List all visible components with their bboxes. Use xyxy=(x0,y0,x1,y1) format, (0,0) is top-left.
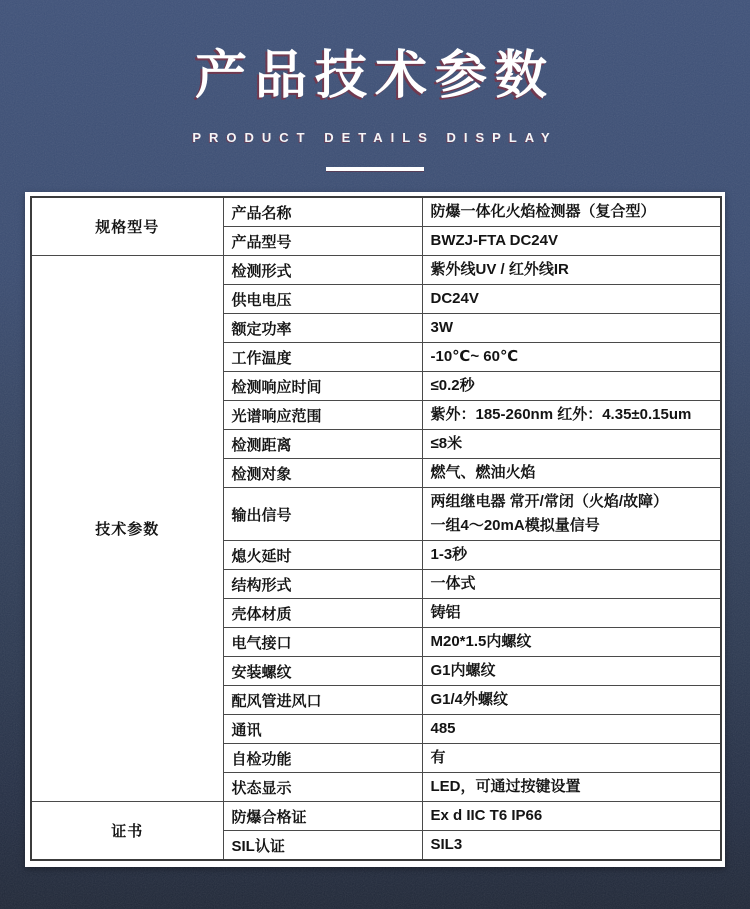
spec-value-cell: 防爆一体化火焰检测器（复合型） xyxy=(422,197,721,227)
spec-label-cell: 供电电压 xyxy=(223,285,422,314)
title-divider xyxy=(326,167,424,171)
spec-label-cell: 配风管进风口 xyxy=(223,686,422,715)
spec-label-cell: 状态显示 xyxy=(223,773,422,802)
category-cell: 技术参数 xyxy=(31,256,223,802)
spec-value-cell: -10℃~ 60℃ xyxy=(422,343,721,372)
spec-label-cell: 防爆合格证 xyxy=(223,802,422,831)
spec-value-cell: M20*1.5内螺纹 xyxy=(422,628,721,657)
spec-value-cell: 紫外：185-260nm 红外：4.35±0.15um xyxy=(422,401,721,430)
spec-label-cell: 产品名称 xyxy=(223,197,422,227)
table-row: 证书防爆合格证Ex d IIC T6 IP66 xyxy=(31,802,721,831)
spec-panel: 规格型号产品名称防爆一体化火焰检测器（复合型）产品型号BWZJ-FTA DC24… xyxy=(25,192,725,867)
spec-value-cell: G1内螺纹 xyxy=(422,657,721,686)
spec-label-cell: 熄火延时 xyxy=(223,541,422,570)
spec-label-cell: 壳体材质 xyxy=(223,599,422,628)
page-title: 产品技术参数 xyxy=(0,0,750,102)
spec-label-cell: 产品型号 xyxy=(223,227,422,256)
spec-label-cell: 检测形式 xyxy=(223,256,422,285)
spec-value-cell: ≤8米 xyxy=(422,430,721,459)
table-row: 规格型号产品名称防爆一体化火焰检测器（复合型） xyxy=(31,197,721,227)
spec-value-cell: 3W xyxy=(422,314,721,343)
spec-label-cell: SIL认证 xyxy=(223,831,422,861)
spec-label-cell: 结构形式 xyxy=(223,570,422,599)
category-cell: 证书 xyxy=(31,802,223,861)
spec-value-cell: 两组继电器 常开/常闭（火焰/故障） 一组4～20mA模拟量信号 xyxy=(422,488,721,541)
spec-label-cell: 额定功率 xyxy=(223,314,422,343)
spec-value-cell: DC24V xyxy=(422,285,721,314)
spec-label-cell: 检测响应时间 xyxy=(223,372,422,401)
spec-label-cell: 工作温度 xyxy=(223,343,422,372)
spec-value-cell: 紫外线UV / 红外线IR xyxy=(422,256,721,285)
spec-label-cell: 检测距离 xyxy=(223,430,422,459)
spec-label-cell: 通讯 xyxy=(223,715,422,744)
spec-value-cell: ≤0.2秒 xyxy=(422,372,721,401)
spec-value-cell: 燃气、燃油火焰 xyxy=(422,459,721,488)
spec-value-cell: LED，可通过按键设置 xyxy=(422,773,721,802)
spec-value-cell: 有 xyxy=(422,744,721,773)
spec-value-cell: G1/4外螺纹 xyxy=(422,686,721,715)
spec-label-cell: 输出信号 xyxy=(223,488,422,541)
table-row: 技术参数检测形式紫外线UV / 红外线IR xyxy=(31,256,721,285)
spec-value-cell: SIL3 xyxy=(422,831,721,861)
spec-label-cell: 自检功能 xyxy=(223,744,422,773)
category-cell: 规格型号 xyxy=(31,197,223,256)
spec-label-cell: 检测对象 xyxy=(223,459,422,488)
page-subtitle: PRODUCT DETAILS DISPLAY xyxy=(0,130,750,145)
spec-value-cell: 485 xyxy=(422,715,721,744)
header: 产品技术参数 PRODUCT DETAILS DISPLAY xyxy=(0,0,750,171)
spec-table: 规格型号产品名称防爆一体化火焰检测器（复合型）产品型号BWZJ-FTA DC24… xyxy=(30,196,722,861)
page: 产品技术参数 PRODUCT DETAILS DISPLAY 规格型号产品名称防… xyxy=(0,0,750,867)
spec-value-cell: Ex d IIC T6 IP66 xyxy=(422,802,721,831)
spec-label-cell: 光谱响应范围 xyxy=(223,401,422,430)
spec-value-cell: 一体式 xyxy=(422,570,721,599)
spec-value-cell: BWZJ-FTA DC24V xyxy=(422,227,721,256)
spec-value-cell: 铸铝 xyxy=(422,599,721,628)
spec-value-cell: 1-3秒 xyxy=(422,541,721,570)
spec-table-body: 规格型号产品名称防爆一体化火焰检测器（复合型）产品型号BWZJ-FTA DC24… xyxy=(31,197,721,860)
spec-label-cell: 电气接口 xyxy=(223,628,422,657)
spec-label-cell: 安装螺纹 xyxy=(223,657,422,686)
